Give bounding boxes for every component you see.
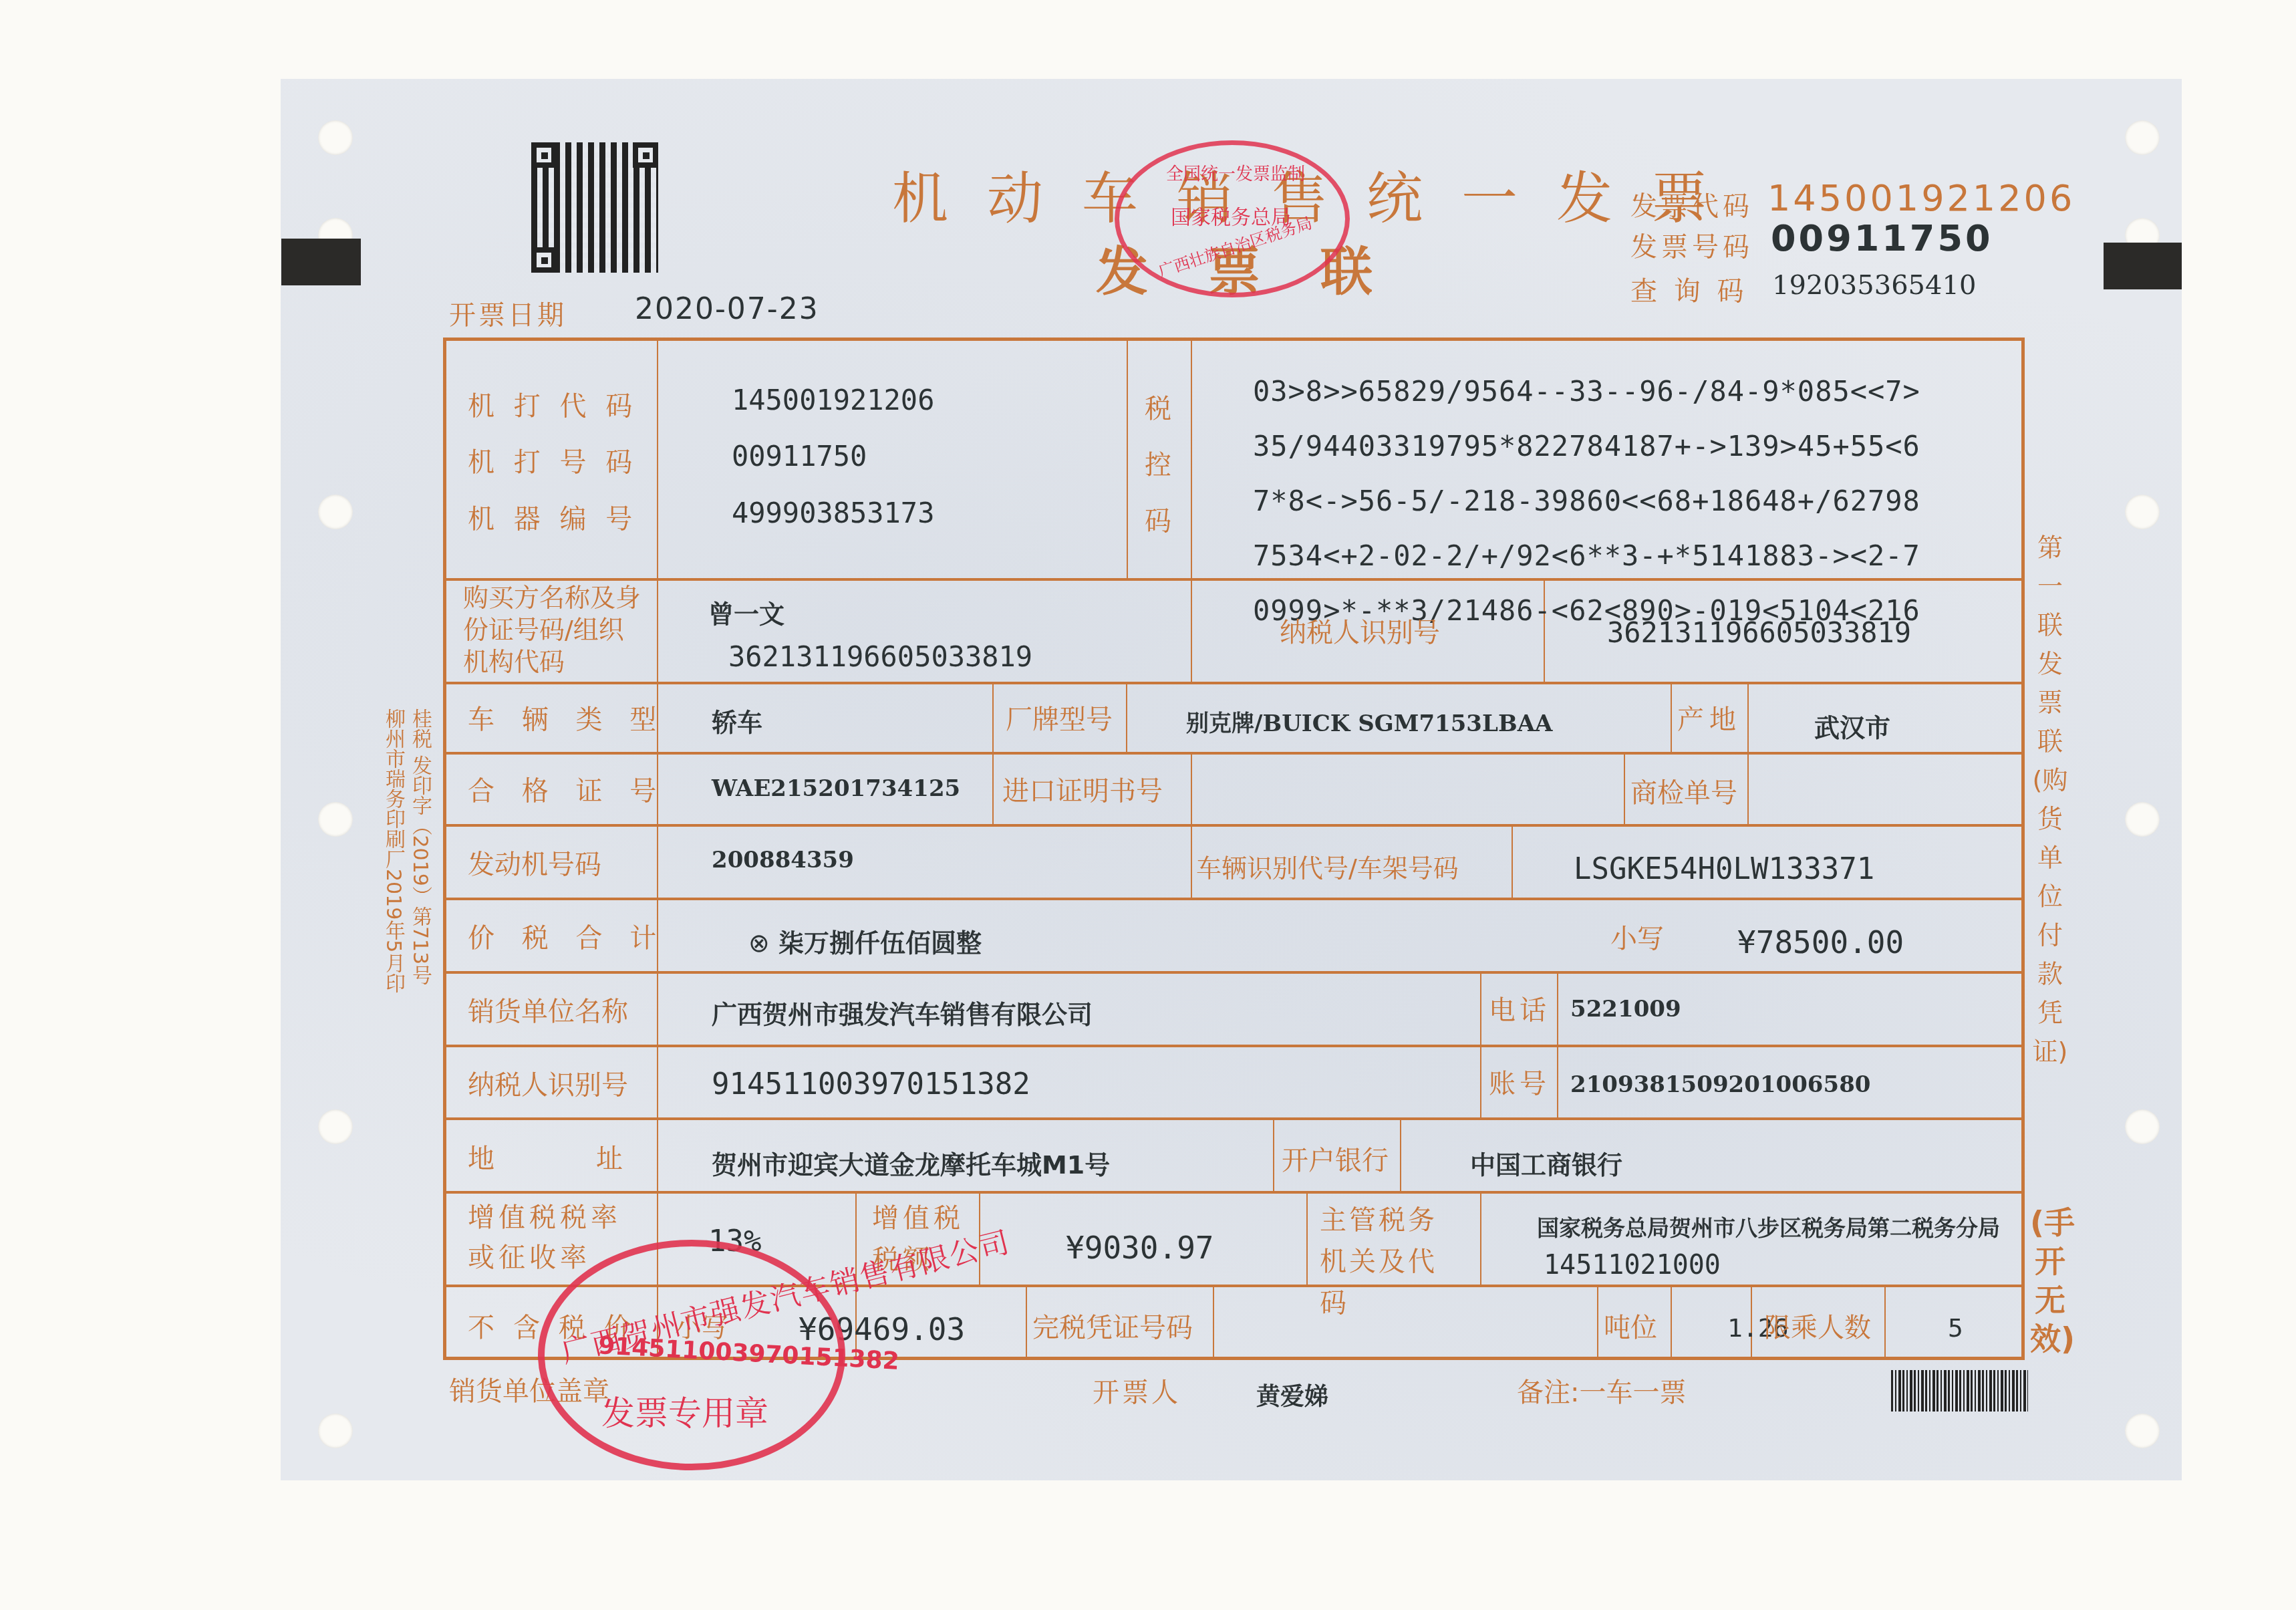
feed-hole [2125,120,2160,155]
issuer-label: 开票人 [1093,1371,1181,1410]
feed-hole [318,1414,353,1448]
fiscal-code-line: 7*8<->56-5/-218-39860<<68+18648+/62798 [1253,474,1920,529]
total-lowercase-label: 小写 [1610,918,1664,956]
print-permit-text: 桂税 发印字（2019）第713号柳州市瑞务印刷厂2019年5月印 [380,708,433,992]
total-label: 价 税 合 计 [468,917,666,955]
seller-taxpayer-id: 914511003970151382 [712,1067,1030,1101]
qr-code-icon [531,142,658,273]
machine-number-label: 机 器 编 号 [468,498,637,536]
feed-hole [318,1109,353,1144]
feed-hole [2125,495,2160,529]
origin-label: 产地 [1677,698,1741,736]
fiscal-code-line: 35/94403319795*822784187+->139>45+55<6 [1253,419,1920,474]
feed-hole [2125,1109,2160,1144]
print-number: 00911750 [732,440,867,473]
print-number-label: 机 打 号 码 [468,441,637,479]
invoice-number-label: 发票号码 [1630,226,1753,264]
phone-label: 电话 [1489,989,1550,1027]
invoice-code: 145001921206 [1767,177,2075,219]
seller-taxpayer-id-label: 纳税人识别号 [468,1064,628,1102]
fiscal-code-line: 03>8>>65829/9564--33--96-/84-9*085<<7> [1253,364,1920,419]
issue-date-label: 开票日期 [449,294,567,332]
invoice-code-label: 发票代码 [1630,185,1753,223]
issuer-name: 黄爱娣 [1256,1378,1328,1412]
feed-hole [318,802,353,837]
tonnage-label: 吨位 [1604,1307,1657,1345]
buyer-taxpayer-id: 362131196605033819 [1607,616,1911,649]
engine-number-label: 发动机号码 [468,843,601,882]
account-number: 2109381509201006580 [1570,1071,1871,1098]
buyer-id-number: 362131196605033819 [728,640,1032,673]
feed-hole [318,120,353,155]
phone: 5221009 [1570,996,1681,1023]
registration-mark [281,239,361,285]
print-code-label: 机 打 代 码 [468,385,637,423]
import-cert-label: 进口证明书号 [1002,770,1163,808]
address-label: 地 址 [468,1137,639,1176]
brand-model-label: 厂牌型号 [1006,698,1113,736]
invoice-number: 00911750 [1771,217,1993,259]
remark: 备注:一车一票 [1517,1371,1686,1410]
account-label: 账号 [1489,1063,1550,1101]
total-lowercase: ¥78500.00 [1737,924,1904,960]
buyer-taxpayer-id-label: 纳税人识别号 [1280,612,1440,650]
seller-name-label: 销货单位名称 [468,990,628,1029]
brand-model: 别克牌/BUICK SGM7153LBAA [1186,705,1552,738]
seats: 5 [1948,1313,1963,1343]
tax-authority: 国家税务总局贺州市八步区税务局第二税务分局 [1537,1211,2000,1242]
query-code: 192035365410 [1772,270,1976,301]
buyer-label: 购买方名称及身份证号码/组织机构代码 [463,581,643,678]
handwritten-invalid-notice: (手开无效) [2030,1203,2070,1358]
registration-mark [2104,243,2182,289]
feed-hole [2125,802,2160,837]
certificate-label: 合 格 证 号 [468,770,666,808]
tax-paid-cert-label: 完税凭证号码 [1032,1307,1193,1345]
seats-label: 限乘人数 [1764,1307,1871,1345]
vehicle-type: 轿车 [712,702,762,739]
query-code-label: 查 询 码 [1630,270,1747,308]
vin-label: 车辆识别代号/车架号码 [1196,847,1459,884]
tax-amount: ¥9030.97 [1066,1230,1214,1266]
tax-authority-label: 主管税务机关及代码 [1320,1200,1453,1324]
tax-authority-code: 14511021000 [1544,1250,1721,1281]
origin: 武汉市 [1814,707,1890,744]
seal-text: 全国统一发票监制 [1166,160,1305,185]
fiscal-code-line: 7534<+2-02-2/+/92<6**3-+*5141883-><2-7 [1253,529,1920,583]
copy-designation: 第一联发票联(购货单位付款凭证) [2030,528,2070,1071]
feed-hole [2125,1414,2160,1448]
inspection-label: 商检单号 [1630,772,1737,810]
bank-label: 开户银行 [1282,1139,1389,1178]
engine-number: 200884359 [712,847,854,874]
circled-x-icon: ⊗ [748,928,770,958]
barcode-icon [1891,1370,2028,1412]
vin: LSGKE54H0LW133371 [1574,852,1874,886]
buyer-name: 曾一文 [708,593,784,630]
print-code: 145001921206 [732,384,934,416]
bank: 中国工商银行 [1470,1144,1622,1181]
machine-number: 499903853173 [732,497,934,529]
fiscal-code: 03>8>>65829/9564--33--96-/84-9*085<<7>35… [1253,364,1920,638]
issue-date: 2020-07-23 [635,292,819,326]
vehicle-type-label: 车 辆 类 型 [468,698,666,736]
feed-hole [318,495,353,529]
seller-name: 广西贺州市强发汽车销售有限公司 [712,994,1093,1031]
certificate-number: WAE215201734125 [712,775,960,802]
total-uppercase: ⊗ 柒万捌仟伍佰圆整 [748,922,982,959]
seal-purpose: 发票专用章 [601,1387,768,1435]
fiscal-code-label: 税控码 [1145,381,1171,549]
address: 贺州市迎宾大道金龙摩托车城M1号 [712,1144,1110,1181]
